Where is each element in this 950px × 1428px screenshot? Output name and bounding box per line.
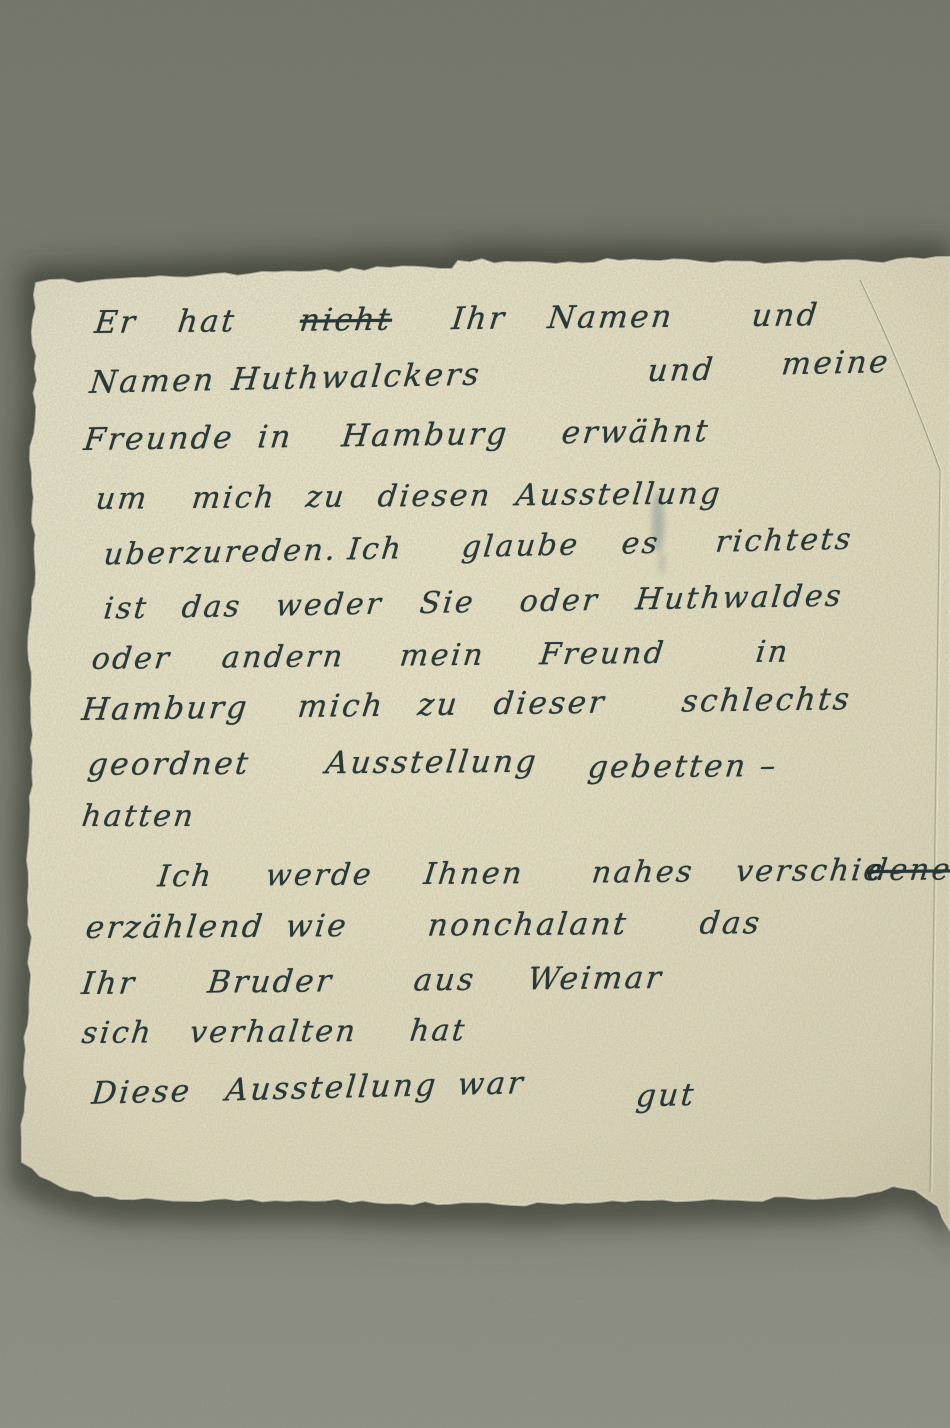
letter-photo-canvas bbox=[0, 0, 950, 1428]
ink-smudge-small bbox=[658, 551, 666, 575]
letter-photo: ErhatnichtIhrNamenundNamenHuthwalckersun… bbox=[0, 0, 950, 1428]
paper-texture bbox=[0, 230, 950, 1260]
ink-smudge bbox=[652, 492, 665, 552]
